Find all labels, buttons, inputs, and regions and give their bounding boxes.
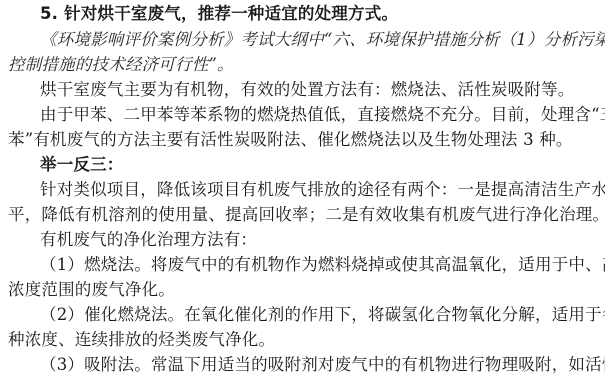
extension-paragraph-line-2: 平，降低有机溶剂的使用量、提高回收率；二是有效收集有机废气进行净化治理。 — [8, 203, 600, 227]
extension-heading: 举一反三： — [40, 153, 600, 177]
explanation-line-1: 由于甲苯、二甲苯等苯系物的燃烧热值低，直接燃烧不充分。目前，处理含“三 — [40, 103, 600, 127]
explanation-line-2: 苯”有机废气的方法主要有活性炭吸附法、催化燃烧法以及生物处理法 3 种。 — [8, 128, 600, 152]
methods-intro: 有机废气的净化治理方法有： — [40, 228, 600, 252]
method-1-line-1: （1）燃烧法。将废气中的有机物作为燃料烧掉或使其高温氧化，适用于中、高 — [40, 253, 600, 277]
answer-text: 烘干室废气主要为有机物，有效的处置方法有：燃烧法、活性炭吸附等。 — [40, 78, 600, 102]
method-2-line-1: （2）催化燃烧法。在氧化催化剂的作用下，将碳氢化合物氧化分解，适用于各 — [40, 303, 600, 327]
document-page: 5. 针对烘干室废气，推荐一种适宜的处理方式。 《环境影响评价案例分析》考试大纲… — [0, 0, 605, 376]
question-heading: 5. 针对烘干室废气，推荐一种适宜的处理方式。 — [40, 2, 600, 26]
outline-reference-line-2: 控制措施的技术经济可行性”。 — [8, 53, 600, 77]
method-3-line-1: （3）吸附法。常温下用适当的吸附剂对废气中的有机物进行物理吸附，如活性 — [40, 353, 600, 376]
method-1-line-2: 浓度范围的废气净化。 — [8, 278, 600, 302]
outline-reference-line-1: 《环境影响评价案例分析》考试大纲中“六、环境保护措施分析（1）分析污染 — [40, 28, 600, 52]
extension-paragraph-line-1: 针对类似项目，降低该项目有机废气排放的途径有两个：一是提高清洁生产水 — [40, 178, 600, 202]
method-2-line-2: 种浓度、连续排放的烃类废气净化。 — [8, 328, 600, 352]
